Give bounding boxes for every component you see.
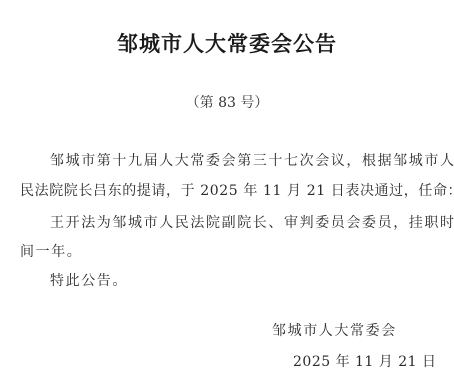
body-line-1: 邹城市第十九届人大常委会第三十七次会议，根据邹城市人 <box>50 150 454 170</box>
closing-line: 特此公告。 <box>50 270 454 290</box>
body-line-3: 王开法为邹城市人民法院副院长、审判委员会委员，挂职时 <box>50 212 454 232</box>
document-number: （第 83 号） <box>0 92 454 112</box>
issue-date: 2025 年 11 月 21 日 <box>293 351 437 371</box>
issuer-signature: 邹城市人大常委会 <box>272 320 397 340</box>
body-line-4: 间一年。 <box>20 241 445 261</box>
document-title: 邹城市人大常委会公告 <box>0 28 454 58</box>
body-line-2: 民法院院长吕东的提请，于 2025 年 11 月 21 日表决通过，任命： <box>20 180 445 200</box>
